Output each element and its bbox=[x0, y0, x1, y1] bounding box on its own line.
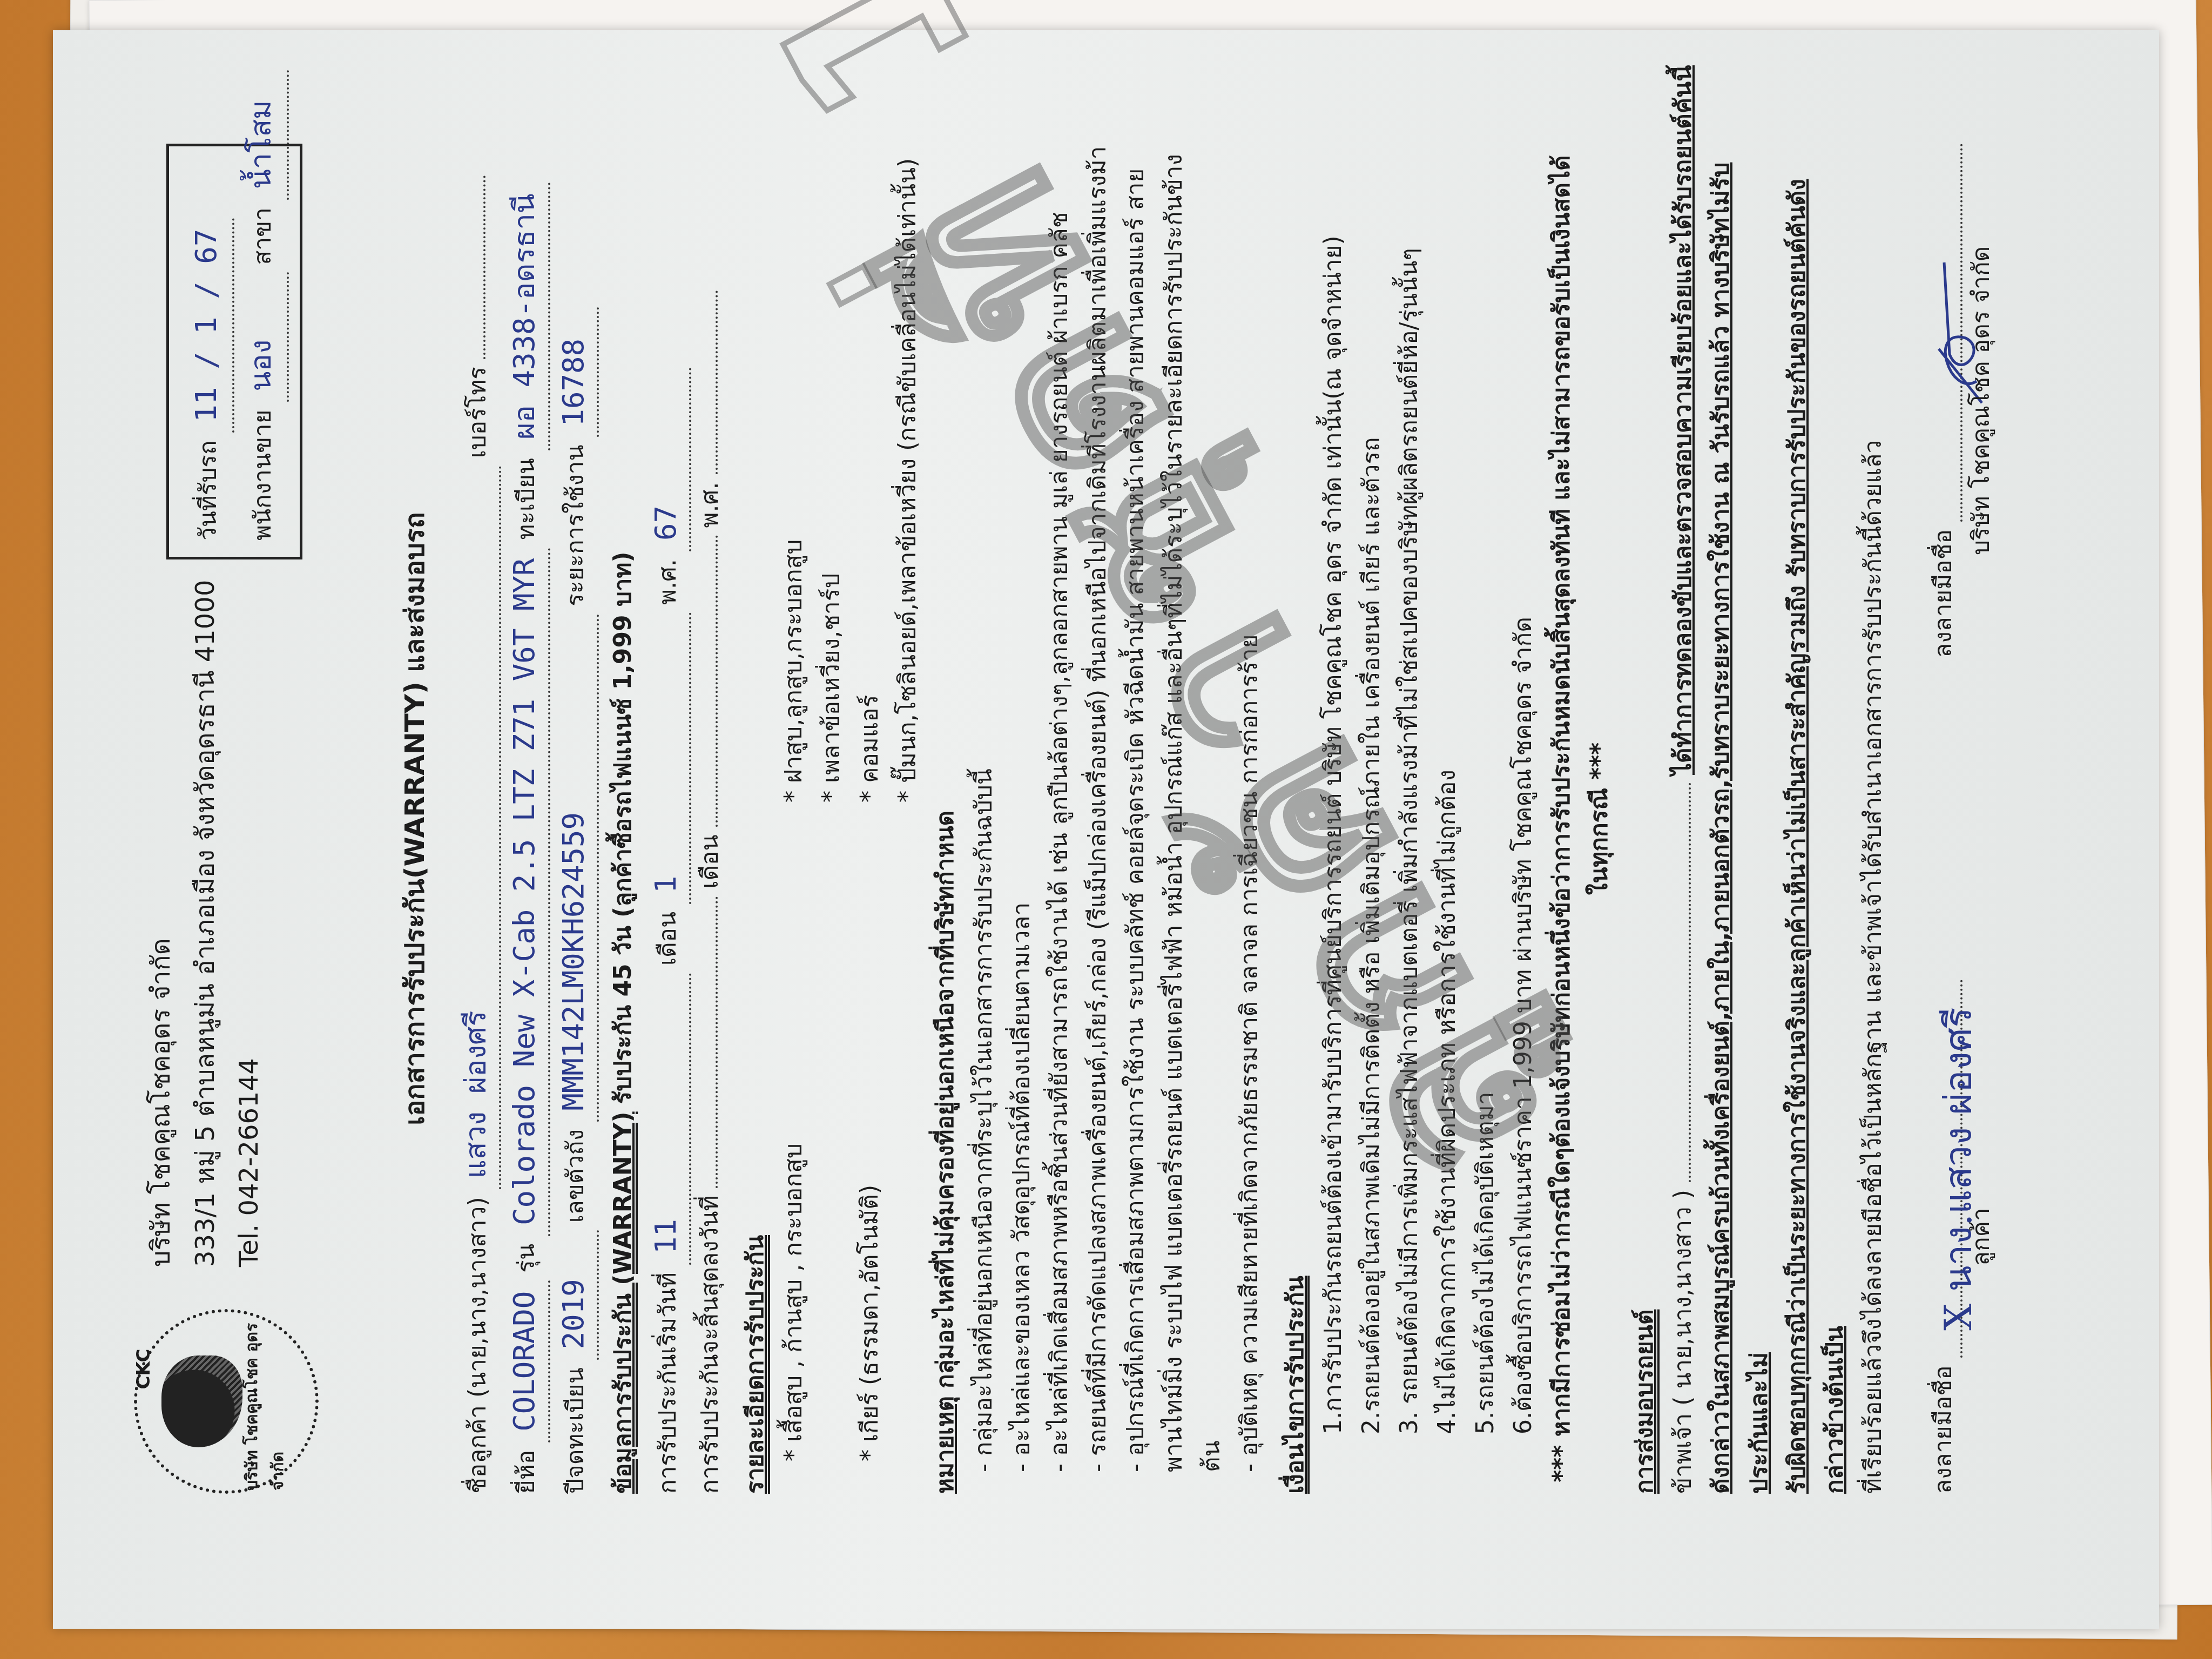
remarks-heading: หมายเหตุ bbox=[932, 1396, 959, 1494]
company-logo-icon: CKC บริษัท โชคคูณโชค อุดร จำกัด bbox=[134, 1309, 319, 1494]
warranty-end-label: การรับประกันจะสิ้นสุดลงวันที่ bbox=[696, 1196, 724, 1494]
company-name: บริษัท โชคคูณโชคอุดร จำกัด bbox=[139, 580, 184, 1267]
conditions-heading: เงื่อนไขการรับประกัน bbox=[1277, 144, 1314, 1494]
brand-field[interactable]: COLORADO bbox=[501, 1280, 550, 1442]
coverage-item: * เสื้อสูบ , ก้านสูบ , กระบอกสูบ bbox=[775, 802, 813, 1461]
warranty-heading: ข้อมูลการรับประกัน (WARRANTY) bbox=[609, 1111, 637, 1494]
warranty-start-day-field[interactable]: 11 bbox=[643, 973, 691, 1265]
warranty-end-row: การรับประกันจะสิ้นสุดลงวันที่ เดือน พ.ศ. bbox=[691, 144, 729, 1494]
remark-item: - รถยนต์ที่มีการดัดแปลงสภาพเครื่องยนต์,เ… bbox=[1079, 144, 1117, 1472]
condition-item: 6.ต้องซื้อบริการรถไฟแนนซ์ราคา 1,999 บาท … bbox=[1505, 144, 1542, 1434]
company-signature-label: ลงลายมือชื่อ bbox=[1930, 529, 1957, 658]
customer-signature-label: ลงลายมือชื่อ bbox=[1930, 1365, 1957, 1494]
conditions-footnote: *** หากมีการซ่อมไม่ว่ากรณีใดๆต้องแจ้งบริ… bbox=[1543, 144, 1619, 1494]
coverage-item: * ฝาสูบ,ลูกสูบ,กระบอกสูบ bbox=[775, 144, 813, 802]
remark-item: - อุปกรณ์ที่เกิดการเสื่อมสภาพตามการใช้งา… bbox=[1117, 144, 1231, 1472]
remarks-list: - กลุ่มอะไหล่ที่อยู่นอกเหนือจากที่ระบุไว… bbox=[965, 144, 1269, 1494]
company-signature-field[interactable] bbox=[1928, 144, 1963, 522]
coverage-heading: รายละเอียดการรับประกัน bbox=[737, 144, 774, 1494]
vehicle-row: ยี่ห้อ COLORADO รุ่น Colorado New X-Cab … bbox=[501, 144, 550, 1494]
customer-name-row: ชื่อลูกค้า (นาย,นาง,นางสาว) แสวง ผ่องศรี… bbox=[453, 144, 501, 1494]
coverage-item: * เกียร์ (ธรรมดา,อัตโนมัติ) bbox=[851, 802, 889, 1461]
chassis-field[interactable]: MMM142LM0KH624559 bbox=[550, 614, 599, 1122]
phone-label: เบอร์โทร bbox=[464, 367, 491, 458]
handover-line-2: ดังกล่าวในสภาพสมบูรณ์ครบถ้วนทั้งเครื่องย… bbox=[1702, 144, 1778, 1494]
company-tel: Tel. 042-266144 bbox=[227, 580, 272, 1267]
delivery-date-field[interactable]: 11 / 1 / 67 bbox=[180, 218, 234, 433]
handover-line-3: รับผิดชอบทุกกรณีว่าเป็นระยะทางการใช้งานจ… bbox=[1778, 144, 1854, 1494]
coverage-item: * เพลาข้อเหวี่ยง,ชาร์ป bbox=[813, 144, 851, 802]
remark-item: - กลุ่มอะไหล่ที่อยู่นอกเหนือจากที่ระบุไว… bbox=[965, 144, 1003, 1472]
phone-field[interactable] bbox=[483, 176, 485, 359]
warranty-end-month-field[interactable] bbox=[716, 535, 718, 827]
logo-abbr: CKC bbox=[129, 1349, 158, 1390]
condition-item: 3. รถยนต์ต้องไม่มีการเพิ่มกระแสไฟฟ้าจากแ… bbox=[1391, 144, 1428, 1434]
warranty-end-year-label: พ.ศ. bbox=[696, 482, 724, 528]
company-info: บริษัท โชคคูณโชคอุดร จำกัด 333/1 หมู่ 5 … bbox=[139, 580, 272, 1267]
company-signature-block: ลงลายมือชื่อ บริษัท โชคคูณโชค อุดร จำกัด bbox=[1925, 144, 2001, 658]
warranty-document: CKC บริษัท โชคคูณโชค อุดร จำกัด บริษัท โ… bbox=[53, 30, 2159, 1629]
handover-line-1: ข้าพเจ้า ( นาย,นาง,นางสาว ) ได้ทำการทดลอ… bbox=[1664, 144, 1702, 1494]
branch-label: สาขา bbox=[249, 207, 276, 265]
signature-section: ลงลายมือชื่อ X นาง.แสวง ผ่องศรี ลูกค้า ล… bbox=[1925, 144, 2001, 1494]
warranty-terms: รับประกัน 45 วัน (ลูกค้าซื้อรถไฟแนนซ์ 1,… bbox=[609, 551, 637, 1104]
warranty-start-month-label: เดือน bbox=[654, 912, 682, 966]
handover-name-prefix: ข้าพเจ้า ( นาย,นาง,นางสาว ) bbox=[1669, 1190, 1697, 1494]
warranty-heading-row: ข้อมูลการรับประกัน (WARRANTY) รับประกัน … bbox=[604, 144, 642, 1494]
coverage-list: * เสื้อสูบ , ก้านสูบ , กระบอกสูบ * ฝาสูบ… bbox=[775, 144, 927, 1494]
mileage-field[interactable]: 16788 bbox=[550, 307, 599, 437]
remarks-heading-text: กลุ่มอะไหล่ที่ไม่คุ้มครองที่อยู่นอกเหนือ… bbox=[932, 811, 959, 1388]
warranty-end-month-label: เดือน bbox=[696, 834, 724, 888]
warranty-start-month-field[interactable]: 1 bbox=[643, 612, 691, 904]
model-label: รุ่น bbox=[512, 1244, 540, 1273]
year-label: ปีจดทะเบียน bbox=[562, 1367, 589, 1494]
company-address: 333/1 หมู่ 5 ตำบลหนูม่น อำเภอเมือง จังหว… bbox=[184, 580, 228, 1267]
handover-heading: การส่งมอบรถยนต์ bbox=[1626, 144, 1664, 1494]
logo-ring-text: บริษัท โชคคูณโชค อุดร จำกัด bbox=[239, 1312, 291, 1491]
delivery-box: วันที่รับรถ 11 / 1 / 67 พนักงานขาย นอง ส… bbox=[166, 144, 302, 559]
customer-name-field[interactable]: แสวง ผ่องศรี bbox=[453, 466, 501, 1189]
warranty-start-row: การรับประกันเริ่มวันที่ 11 เดือน 1 พ.ศ. … bbox=[643, 144, 691, 1494]
customer-name-label: ชื่อลูกค้า (นาย,นาง,นางสาว) bbox=[464, 1197, 491, 1494]
salesperson-field[interactable]: นอง bbox=[234, 272, 289, 402]
coverage-item: * ปั๊มนก,โซลินอยด์,เพลาข้อเหวี่ยง (กรณีข… bbox=[889, 144, 927, 802]
year-field[interactable]: 2019 bbox=[550, 1230, 599, 1360]
branch-field[interactable]: น้ำโสม bbox=[234, 70, 289, 200]
condition-item: 2.รถยนต์ต้องอยู่ในสภาพเดิมไม่มีการติดตั้… bbox=[1353, 144, 1391, 1434]
mileage-label: ระยะการใช้งาน bbox=[562, 444, 589, 606]
remarks-heading-row: หมายเหตุ กลุ่มอะไหล่ที่ไม่คุ้มครองที่อยู… bbox=[927, 144, 965, 1494]
registration-label: ทะเบียน bbox=[512, 458, 540, 539]
warranty-start-year-label: พ.ศ. bbox=[654, 559, 682, 605]
remark-item: - อะไหล่และของเหลว วัสดุอุปกรณ์ที่ต้องเป… bbox=[1003, 144, 1041, 1472]
delivery-date-label: วันที่รับรถ bbox=[194, 440, 222, 541]
handover-line-4: ที่เรียบร้อยแล้วจึงได้ลงลายมือชื่อไว้เป็… bbox=[1854, 144, 1892, 1494]
warranty-end-day-field[interactable] bbox=[716, 896, 718, 1188]
customer-signature-field[interactable]: X นาง.แสวง ผ่องศรี bbox=[1928, 980, 1963, 1358]
model-field[interactable]: Colorado New X-Cab 2.5 LTZ Z71 V6T MYR bbox=[501, 548, 550, 1236]
condition-item: 5.รถยนต์ต้องไม่ได้เกิดอุบัติเหตุมา bbox=[1467, 144, 1505, 1434]
conditions-list: 1.การรับประกันรถยนต์ต้องเข้ามารับบริการท… bbox=[1314, 144, 1542, 1494]
brand-label: ยี่ห้อ bbox=[512, 1450, 540, 1494]
warranty-end-year-field[interactable] bbox=[716, 291, 718, 474]
remark-item: - อุบัติเหตุ ความเสียหายที่เกิดจากภัยธรร… bbox=[1231, 144, 1269, 1472]
remark-item: - อะไหล่ที่เกิดเสื่อมสภาพหรือชิ้นส่วนที่… bbox=[1041, 144, 1078, 1472]
salesperson-label: พนักงานขาย bbox=[249, 409, 276, 541]
vehicle-detail-row: ปีจดทะเบียน 2019 เลขตัวถัง MMM142LM0KH62… bbox=[550, 144, 599, 1494]
condition-item: 4.ไม่ได้เกิดจากการใช้งานที่ผิดประเภท หรื… bbox=[1428, 144, 1466, 1434]
condition-item: 1.การรับประกันรถยนต์ต้องเข้ามารับบริการท… bbox=[1314, 144, 1352, 1434]
chassis-label: เลขตัวถัง bbox=[562, 1129, 589, 1223]
warranty-start-label: การรับประกันเริ่มวันที่ bbox=[654, 1272, 682, 1494]
document-header: CKC บริษัท โชคคูณโชค อุดร จำกัด บริษัท โ… bbox=[134, 144, 372, 1494]
handover-line-1-suffix: ได้ทำการทดลองขับและตรวจสอบความเรียบร้อยแ… bbox=[1669, 65, 1697, 775]
handover-name-field[interactable] bbox=[1689, 783, 1691, 1182]
document-title: เอกสารการรับประกัน(WARRANTY) และส่งมอบรถ bbox=[393, 144, 436, 1494]
bird-emblem-icon bbox=[161, 1355, 242, 1447]
warranty-start-year-field[interactable]: 67 bbox=[643, 368, 691, 551]
customer-signature-block: ลงลายมือชื่อ X นาง.แสวง ผ่องศรี ลูกค้า bbox=[1925, 980, 2001, 1494]
coverage-item: * คอมแอร์ bbox=[851, 144, 889, 802]
company-role: บริษัท โชคคูณโชค อุดร จำกัด bbox=[1963, 144, 2000, 658]
registration-field[interactable]: ผอ 4338-อดรธานี bbox=[501, 183, 550, 450]
